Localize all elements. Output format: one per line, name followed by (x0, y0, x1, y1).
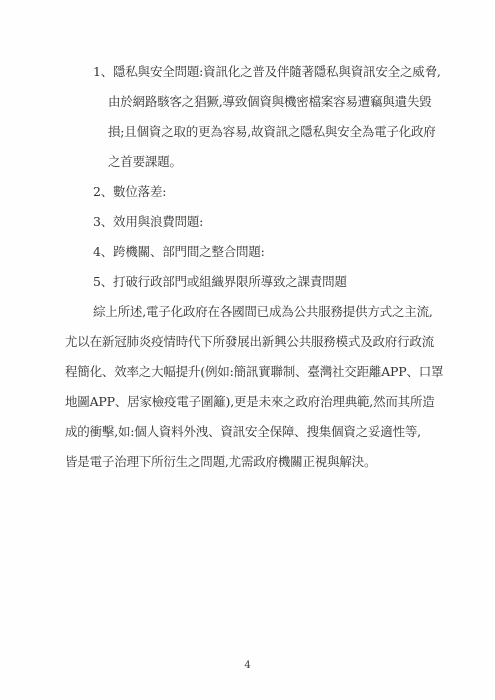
document-page: 1、隱私與安全問題:資訊化之普及伴隨著隱私與資訊安全之威脅,由於網路駭客之猖獗,… (0, 0, 495, 700)
text-line: 之首要課題。 (65, 147, 440, 177)
text-line: 損;且個資之取的更為容易,故資訊之隱私與安全為電子化政府 (65, 117, 440, 147)
text-line: 尤以在新冠肺炎疫情時代下所發展出新興公共服務模式及政府行政流 (65, 327, 440, 357)
text-line: 成的衝擊,如:個人資料外洩、資訊安全保障、搜集個資之妥適性等, (65, 417, 440, 447)
text-line: 地圖APP、居家檢疫電子圍籬),更是未來之政府治理典範,然而其所造 (65, 387, 440, 417)
text-line: 程簡化、效率之大幅提升(例如:簡訊實聯制、臺灣社交距離APP、口罩 (65, 357, 440, 387)
text-line: 皆是電子治理下所衍生之問題,尤需政府機關正視與解決。 (65, 447, 440, 477)
text-line: 4、跨機關、部門間之整合問題: (65, 237, 440, 267)
text-line: 2、數位落差: (65, 177, 440, 207)
text-line: 綜上所述,電子化政府在各國間已成為公共服務提供方式之主流, (65, 297, 440, 327)
document-text-block: 1、隱私與安全問題:資訊化之普及伴隨著隱私與資訊安全之威脅,由於網路駭客之猖獗,… (65, 57, 440, 477)
text-line: 由於網路駭客之猖獗,導致個資與機密檔案容易遭竊與遺失毀 (65, 87, 440, 117)
text-line: 5、打破行政部門或組織界限所導致之課責問題 (65, 267, 440, 297)
text-line: 3、效用與浪費問題: (65, 207, 440, 237)
text-line: 1、隱私與安全問題:資訊化之普及伴隨著隱私與資訊安全之威脅, (65, 57, 440, 87)
page-number: 4 (0, 660, 495, 671)
